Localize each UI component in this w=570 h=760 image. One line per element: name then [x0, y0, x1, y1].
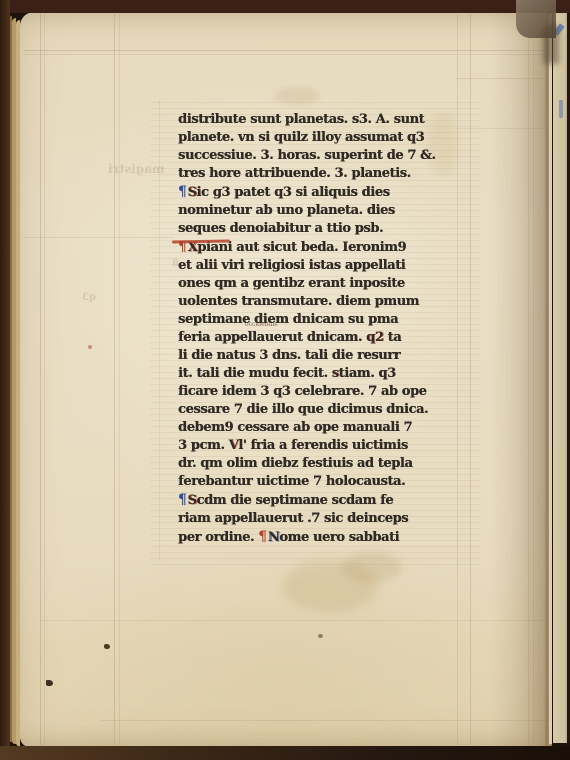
text-segment: dr. qm olim diebz festiuis ad tepla — [178, 456, 412, 471]
ruling-line — [40, 14, 41, 745]
init-red: S — [188, 185, 197, 200]
showthrough-text: q3 — [82, 292, 96, 303]
manuscript-line: ¶Sic g3 patet q3 si aliquis dies — [178, 183, 434, 202]
text-segment: tres hore attribuende. 3. planetis. — [178, 166, 411, 181]
ruling-line — [44, 14, 45, 745]
manuscript-line: septimane diem dnicam su pma — [178, 311, 434, 329]
text-segment: septimane diem dnicam su pma — [178, 312, 398, 327]
interlinear-gloss: occidendis — [245, 321, 277, 328]
text-segment: it. tali die mudu fecit. — [178, 366, 332, 381]
speck — [46, 680, 53, 686]
stain — [282, 560, 378, 612]
init-red: S — [188, 493, 197, 508]
text-segment: ic g3 patet q3 si aliquis dies — [197, 185, 390, 200]
stain — [275, 87, 319, 105]
manuscript-line: nominetur ab uno planeta. dies — [178, 202, 434, 220]
manuscript-line: et alii viri religiosi istas appellati — [178, 257, 434, 275]
manuscript-line: planete. vn si quilz illoy assumat q3 — [178, 129, 434, 147]
page-edge-highlight — [549, 14, 552, 744]
manuscript-line: ferebantur uictime 7 holocausta. — [178, 473, 434, 491]
paraph-red: ¶ — [258, 529, 268, 545]
manuscript-line: riam appellauerut .7 sic deinceps — [178, 510, 434, 528]
text-segment: cdm die septimane scdam fe — [197, 493, 394, 508]
text-segment: ta — [384, 330, 402, 345]
gutter-shadow — [490, 12, 552, 747]
init-blue: N — [268, 530, 279, 545]
text-segment: 3 pcm. — [178, 438, 229, 453]
gutter-crease — [546, 12, 548, 747]
text-segment: cessare 7 die illo que dicimus dnica. — [178, 402, 428, 417]
touch-red: q2 — [366, 330, 383, 345]
red-speck — [88, 345, 92, 349]
text-segment: riam appellauerut .7 sic deinceps — [178, 511, 408, 526]
binding-top — [0, 0, 570, 13]
manuscript-line: ¶Scdm die septimane scdam fe — [178, 491, 434, 510]
text-segment: et alii viri religiosi istas appellati — [178, 258, 405, 273]
blue-pen-mark — [559, 100, 563, 118]
ruling-line — [457, 14, 458, 745]
ruling-line — [40, 620, 548, 621]
text-segment: ome uero sabbati — [279, 530, 399, 545]
ruling-line — [24, 54, 548, 55]
text-segment: distribute sunt planetas. s3. A. sunt — [178, 112, 424, 127]
speck — [104, 644, 110, 649]
manuscript-line: ones qm a gentibz erant inposite — [178, 275, 434, 293]
manuscript-line: ficare idem 3 q3 celebrare. 7 ab ope — [178, 383, 434, 401]
text-segment: nominetur ab uno planeta. dies — [178, 203, 395, 218]
text-segment: li die natus 3 dns. tali die resurr — [178, 348, 400, 363]
text-block: distribute sunt planetas. s3. A. suntpla… — [178, 111, 434, 547]
binding-left — [0, 0, 10, 760]
ruling-line — [114, 14, 115, 745]
manuscript-line: dr. qm olim diebz festiuis ad tepla — [178, 455, 434, 473]
ruling-line — [119, 14, 120, 745]
showthrough-text: magistri — [108, 162, 165, 176]
ruling-line — [24, 237, 174, 238]
leaf-edge — [16, 20, 20, 746]
ruling-line — [470, 14, 471, 745]
stain — [342, 552, 402, 582]
text-segment: tiam. q3 — [339, 366, 396, 381]
manuscript-line: distribute sunt planetas. s3. A. sunt — [178, 111, 434, 129]
manuscript-line: cessare 7 die illo que dicimus dnica. — [178, 401, 434, 419]
paraph-blue: ¶ — [178, 184, 188, 200]
manuscript-line: uolentes transmutare. diem pmum — [178, 293, 434, 311]
manuscript-line: per ordine. ¶Nome uero sabbati — [178, 528, 434, 547]
paraph-blue: ¶ — [178, 492, 188, 508]
text-segment: debem9 cessare ab ope manuali 7 — [178, 420, 412, 435]
text-segment: successiue. 3. horas. superint de 7 &. — [178, 148, 436, 163]
manuscript-photo: magistri 8 q3 distribute sunt planetas. … — [0, 0, 570, 760]
manuscript-line: 3 pcm. Vl' fria a ferendis uictimis — [178, 437, 434, 455]
manuscript-line: seques denoiabitur a ttio psb. — [178, 220, 434, 238]
text-segment: uolentes transmutare. diem pmum — [178, 294, 419, 309]
text-segment: feria appellauerut dnicam. — [178, 330, 366, 345]
worn-corner-smudge — [543, 26, 559, 64]
manuscript-line: feria appellauerut dnicam. q2 ta — [178, 329, 434, 347]
text-segment: l' fria a ferendis uictimis — [238, 438, 408, 453]
manuscript-line: successiue. 3. horas. superint de 7 &. — [178, 147, 434, 165]
manuscript-line: tres hore attribuende. 3. planetis. — [178, 165, 434, 183]
text-segment: ficare idem 3 q3 celebrare. 7 ab ope — [178, 384, 427, 399]
ruling-line — [24, 50, 548, 51]
text-segment: ferebantur uictime 7 holocausta. — [178, 474, 405, 489]
text-segment: per ordine. — [178, 530, 258, 545]
binding-bottom — [0, 746, 570, 760]
text-segment: seques denoiabitur a ttio psb. — [178, 221, 383, 236]
ruling-line — [100, 720, 548, 721]
manuscript-line: debem9 cessare ab ope manuali 7 — [178, 419, 434, 437]
manuscript-line: it. tali die mudu fecit. stiam. q3 — [178, 365, 434, 383]
text-segment: planete. vn si quilz illoy assumat q3 — [178, 130, 424, 145]
text-segment: ones qm a gentibz erant inposite — [178, 276, 405, 291]
touch-red: s — [332, 366, 339, 381]
touch-red: V — [229, 438, 239, 453]
manuscript-line: li die natus 3 dns. tali die resurr — [178, 347, 434, 365]
parchment-page: magistri 8 q3 distribute sunt planetas. … — [20, 12, 552, 747]
speck — [318, 634, 323, 638]
